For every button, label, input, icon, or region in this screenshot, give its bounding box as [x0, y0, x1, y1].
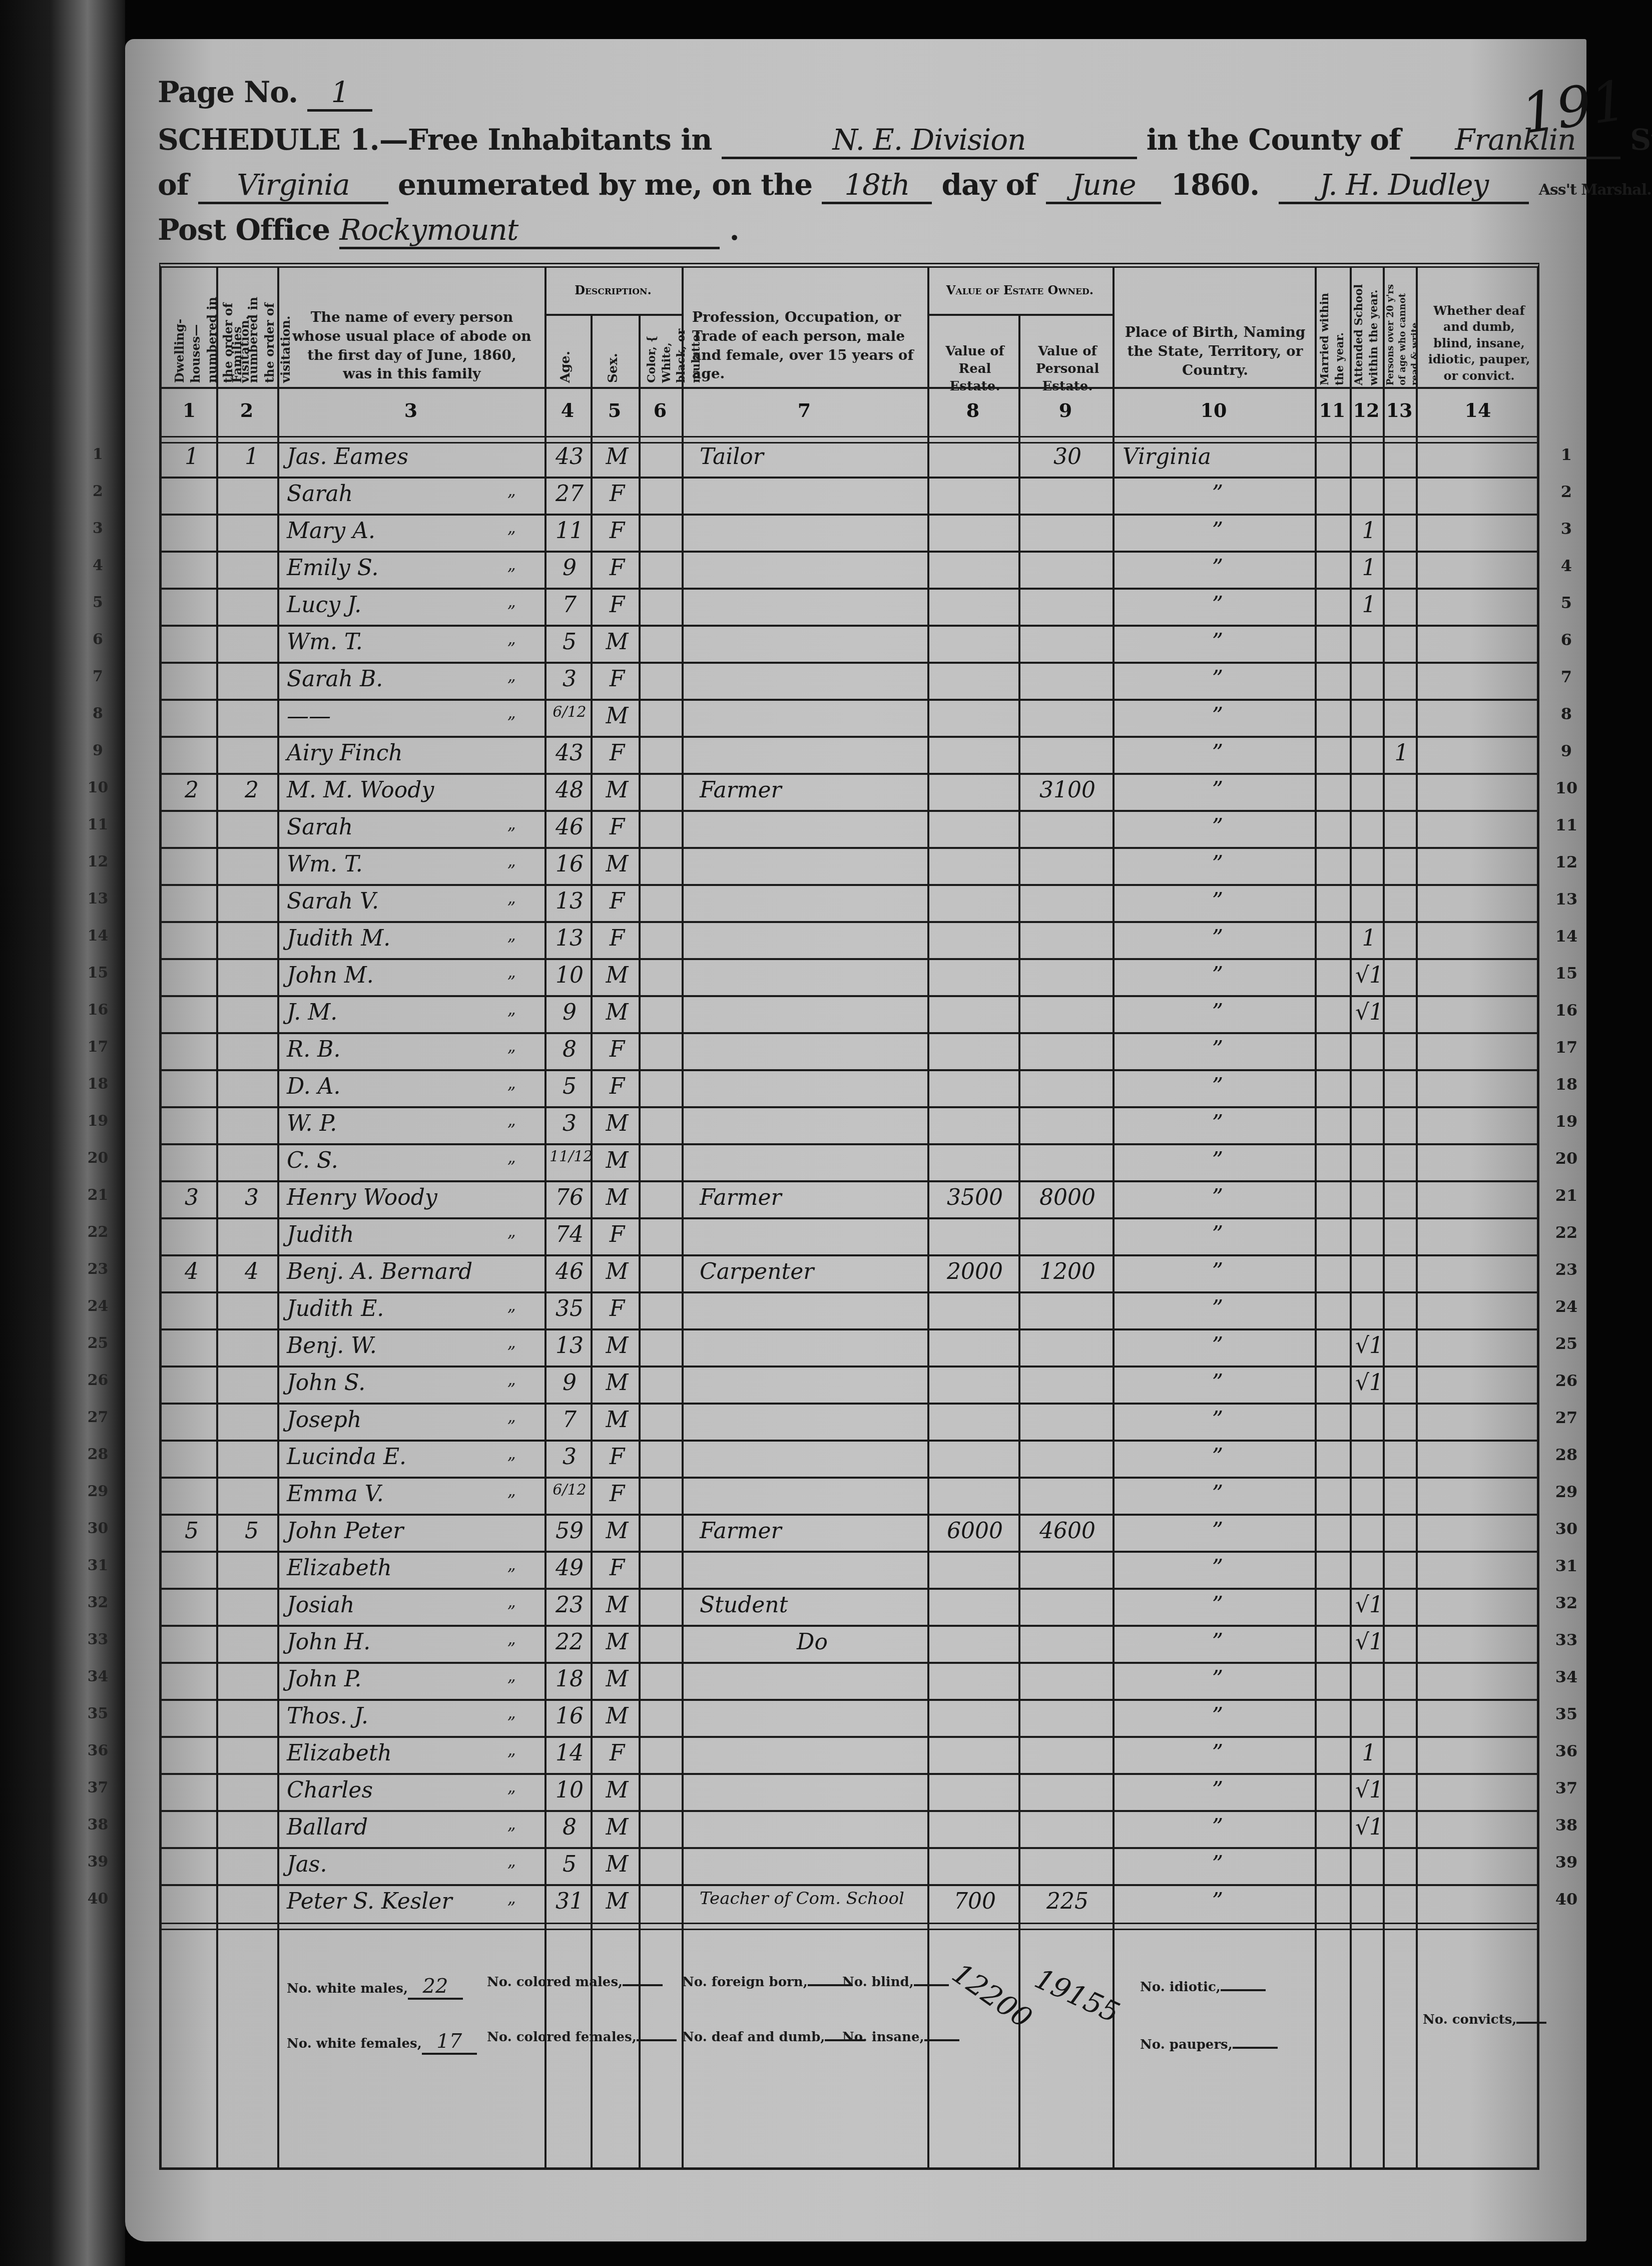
post-office-field: Rockymount — [339, 213, 720, 249]
cannot-read-write — [1388, 1296, 1415, 1327]
attended-school — [1355, 777, 1383, 808]
real-estate-value: 3500 — [935, 1185, 1015, 1216]
table-row: D. A.5F”” — [162, 1071, 1537, 1108]
adjacent-line-number: 39 — [74, 1853, 122, 1871]
age: 11 — [549, 518, 590, 549]
cannot-read-write — [1388, 1518, 1415, 1549]
birthplace: ” — [1123, 1111, 1313, 1142]
birthplace: ” — [1123, 1148, 1313, 1179]
attended-school: √1 — [1355, 1333, 1383, 1364]
personal-estate-value — [1025, 592, 1110, 623]
cannot-read-write — [1388, 1666, 1415, 1697]
header-dwelling: Dwelling-houses—numbered in the order of… — [172, 283, 212, 383]
dwelling-number — [172, 740, 212, 771]
dwelling-number — [172, 703, 212, 734]
table-row: Jas.5M”” — [162, 1849, 1537, 1886]
adjacent-line-number: 3 — [74, 520, 122, 537]
table-row: ——6/12M”” — [162, 700, 1537, 737]
age: 3 — [549, 1444, 590, 1475]
age: 31 — [549, 1889, 590, 1920]
real-estate-value — [935, 666, 1015, 697]
birthplace: ” — [1123, 1852, 1313, 1883]
age: 9 — [549, 1000, 590, 1031]
line-number: 16 — [1549, 1001, 1584, 1020]
family-number: 2 — [232, 777, 272, 808]
cannot-read-write: 1 — [1388, 740, 1415, 771]
cannot-read-write — [1388, 444, 1415, 475]
family-number — [232, 963, 272, 994]
line-number: 38 — [1549, 1816, 1584, 1835]
dwelling-number — [172, 814, 212, 845]
line-number: 10 — [1549, 778, 1584, 797]
real-estate-value — [935, 851, 1015, 882]
dwelling-number — [172, 481, 212, 512]
cannot-read-write — [1388, 1889, 1415, 1920]
personal-estate-value — [1025, 963, 1110, 994]
surname-ditto-mark: ” — [507, 1232, 515, 1252]
person-name: John H. — [287, 1629, 542, 1660]
occupation — [700, 888, 925, 920]
line-number: 27 — [1549, 1408, 1584, 1427]
sex: M — [597, 1703, 637, 1734]
birthplace: ” — [1123, 629, 1313, 660]
occupation — [700, 1444, 925, 1475]
dwelling-number — [172, 1444, 212, 1475]
adjacent-line-number: 37 — [74, 1779, 122, 1796]
sex: F — [597, 1555, 637, 1586]
occupation — [700, 1555, 925, 1586]
cannot-read-write — [1388, 703, 1415, 734]
real-estate-value — [935, 1222, 1015, 1253]
birthplace: ” — [1123, 851, 1313, 882]
line-number: 7 — [1549, 667, 1584, 686]
surname-ditto-mark: ” — [507, 1121, 515, 1141]
attended-school — [1355, 1666, 1383, 1697]
cannot-read-write — [1388, 1555, 1415, 1586]
surname-ditto-mark: ” — [507, 1047, 515, 1067]
real-estate-value — [935, 1111, 1015, 1142]
real-estate-value — [935, 1666, 1015, 1697]
family-number — [232, 1889, 272, 1920]
occupation — [700, 518, 925, 549]
adjacent-line-number: 35 — [74, 1705, 122, 1722]
cannot-read-write — [1388, 481, 1415, 512]
personal-estate-value: 30 — [1025, 444, 1110, 475]
personal-estate-value — [1025, 1296, 1110, 1327]
birthplace: ” — [1123, 740, 1313, 771]
birthplace: ” — [1123, 963, 1313, 994]
age: 59 — [549, 1518, 590, 1549]
dwelling-number — [172, 1740, 212, 1771]
line-number: 9 — [1549, 741, 1584, 760]
birthplace: Virginia — [1123, 444, 1313, 475]
table-row: Ballard8M”√1” — [162, 1811, 1537, 1849]
birthplace: ” — [1123, 1481, 1313, 1512]
dwelling-number — [172, 1037, 212, 1068]
person-name: W. P. — [287, 1111, 542, 1142]
header-disabilities: Whether deaf and dumb, blind, insane, id… — [1423, 303, 1535, 384]
personal-estate-value — [1025, 555, 1110, 586]
age: 22 — [549, 1629, 590, 1660]
birthplace: ” — [1123, 1296, 1313, 1327]
adjacent-line-number: 16 — [74, 1001, 122, 1019]
attended-school — [1355, 666, 1383, 697]
birthplace: ” — [1123, 518, 1313, 549]
sex: M — [597, 1259, 637, 1290]
age: 7 — [549, 592, 590, 623]
birthplace: ” — [1123, 1815, 1313, 1846]
person-name: Elizabeth — [287, 1555, 542, 1586]
person-name: Emma V. — [287, 1481, 542, 1512]
surname-ditto-mark: ” — [507, 639, 515, 659]
cannot-read-write — [1388, 1407, 1415, 1438]
enumerated-label: enumerated by me, on the — [398, 168, 812, 202]
family-number — [232, 1296, 272, 1327]
sex: F — [597, 518, 637, 549]
cannot-read-write — [1388, 666, 1415, 697]
person-name: John Peter — [287, 1518, 542, 1549]
real-estate-value — [935, 1370, 1015, 1401]
cannot-read-write — [1388, 926, 1415, 957]
line-number: 2 — [1549, 482, 1584, 501]
line-number: 3 — [1549, 519, 1584, 538]
real-estate-total: 12200 — [946, 1957, 1037, 2035]
person-name: Mary A. — [287, 518, 542, 549]
table-row: John M.10M”√1” — [162, 960, 1537, 997]
person-name: Henry Woody — [287, 1185, 542, 1216]
line-number: 26 — [1549, 1371, 1584, 1390]
person-name: John P. — [287, 1666, 542, 1697]
cannot-read-write — [1388, 814, 1415, 845]
table-row: Airy Finch43F”1 — [162, 737, 1537, 774]
line-number: 40 — [1549, 1890, 1584, 1909]
table-row: John H.22MDo”√1” — [162, 1626, 1537, 1663]
sex: M — [597, 1815, 637, 1846]
cannot-read-write — [1388, 1852, 1415, 1883]
person-name: Benj. A. Bernard — [287, 1259, 542, 1290]
adjacent-line-number: 28 — [74, 1446, 122, 1463]
attended-school — [1355, 444, 1383, 475]
adjacent-line-number: 27 — [74, 1409, 122, 1426]
column-number-1: 1 — [169, 399, 209, 421]
sex: F — [597, 740, 637, 771]
table-row: Sarah46F”” — [162, 811, 1537, 848]
birthplace: ” — [1123, 1222, 1313, 1253]
person-name: Peter S. Kesler — [287, 1889, 542, 1920]
cannot-read-write — [1388, 1370, 1415, 1401]
cannot-read-write — [1388, 629, 1415, 660]
real-estate-value — [935, 703, 1015, 734]
real-estate-value — [935, 481, 1015, 512]
real-estate-value — [935, 1148, 1015, 1179]
personal-estate-value — [1025, 851, 1110, 882]
adjacent-line-number: 6 — [74, 631, 122, 648]
birthplace: ” — [1123, 1703, 1313, 1734]
dwelling-number — [172, 1370, 212, 1401]
attended-school — [1355, 1148, 1383, 1179]
real-estate-value — [935, 1740, 1015, 1771]
attended-school — [1355, 1407, 1383, 1438]
dwelling-number — [172, 926, 212, 957]
dwelling-number — [172, 1555, 212, 1586]
family-number — [232, 740, 272, 771]
occupation — [700, 1037, 925, 1068]
birthplace: ” — [1123, 888, 1313, 920]
month-field: June — [1046, 168, 1161, 204]
sex: F — [597, 1740, 637, 1771]
line-number: 14 — [1549, 927, 1584, 946]
occupation — [700, 1740, 925, 1771]
colored-males-total: No. colored males, — [487, 1975, 663, 1990]
real-estate-value — [935, 629, 1015, 660]
occupation — [700, 555, 925, 586]
line-number: 32 — [1549, 1593, 1584, 1612]
person-name: J. M. — [287, 1000, 542, 1031]
description-group-header: Description. — [544, 283, 682, 297]
family-number — [232, 1852, 272, 1883]
birthplace: ” — [1123, 777, 1313, 808]
table-row: J. M.9M”√1” — [162, 997, 1537, 1034]
table-row: Lucy J.7F”1” — [162, 589, 1537, 626]
sex: M — [597, 1629, 637, 1660]
adjacent-line-number: 17 — [74, 1038, 122, 1056]
attended-school — [1355, 1222, 1383, 1253]
sex: F — [597, 1074, 637, 1105]
age: 10 — [549, 1777, 590, 1808]
age: 5 — [549, 1074, 590, 1105]
cannot-read-write — [1388, 592, 1415, 623]
person-name: Lucinda E. — [287, 1444, 542, 1475]
adjacent-line-number: 10 — [74, 779, 122, 796]
personal-estate-value — [1025, 1481, 1110, 1512]
cannot-read-write — [1388, 963, 1415, 994]
person-name: R. B. — [287, 1037, 542, 1068]
sex: M — [597, 1666, 637, 1697]
line-number: 29 — [1549, 1482, 1584, 1501]
sex: M — [597, 629, 637, 660]
occupation — [700, 1222, 925, 1253]
table-row: 55John Peter59MFarmer60004600” — [162, 1515, 1537, 1552]
attended-school: 1 — [1355, 555, 1383, 586]
personal-estate-value — [1025, 1370, 1110, 1401]
surname-ditto-mark: ” — [507, 1158, 515, 1178]
dwelling-number — [172, 1592, 212, 1623]
age: 35 — [549, 1296, 590, 1327]
line-number: 12 — [1549, 852, 1584, 871]
age: 5 — [549, 1852, 590, 1883]
personal-estate-value — [1025, 1592, 1110, 1623]
real-estate-value — [935, 888, 1015, 920]
real-estate-value — [935, 1037, 1015, 1068]
person-name: John M. — [287, 963, 542, 994]
age: 13 — [549, 926, 590, 957]
dwelling-number — [172, 1148, 212, 1179]
attended-school — [1355, 703, 1383, 734]
birthplace: ” — [1123, 1370, 1313, 1401]
surname-ditto-mark: ” — [507, 898, 515, 919]
real-estate-value — [935, 1296, 1015, 1327]
table-row: 11Jas. Eames43MTailor30Virginia — [162, 441, 1537, 478]
adjacent-line-number: 18 — [74, 1075, 122, 1093]
census-table: Description. Value of Estate Owned. Dwel… — [159, 263, 1539, 2170]
personal-estate-total: 19155 — [1030, 1962, 1125, 2029]
age: 13 — [549, 888, 590, 920]
age: 11/12 — [549, 1148, 590, 1179]
day-field: 18th — [822, 168, 932, 204]
occupation: Carpenter — [700, 1259, 925, 1290]
personal-estate-value: 1200 — [1025, 1259, 1110, 1290]
adjacent-line-number: 23 — [74, 1260, 122, 1278]
person-name: Sarah V. — [287, 888, 542, 920]
table-row: Judith74F”” — [162, 1219, 1537, 1256]
adjacent-line-number: 15 — [74, 964, 122, 982]
line-number: 36 — [1549, 1741, 1584, 1760]
attended-school — [1355, 1444, 1383, 1475]
cannot-read-write — [1388, 851, 1415, 882]
estate-group-header: Value of Estate Owned. — [927, 283, 1113, 297]
dwelling-number: 4 — [172, 1259, 212, 1290]
birthplace: ” — [1123, 1555, 1313, 1586]
sex: M — [597, 963, 637, 994]
surname-ditto-mark: ” — [507, 1454, 515, 1474]
age: 43 — [549, 740, 590, 771]
personal-estate-value: 3100 — [1025, 777, 1110, 808]
adjacent-line-number: 9 — [74, 742, 122, 759]
blind-total: No. blind, — [842, 1975, 949, 1990]
birthplace: ” — [1123, 926, 1313, 957]
adjacent-page-line-numbers: 1234567891011121314151617181920212223242… — [74, 430, 122, 2132]
family-number — [232, 1037, 272, 1068]
column-number-3: 3 — [391, 399, 431, 421]
real-estate-value — [935, 1852, 1015, 1883]
family-number — [232, 1592, 272, 1623]
surname-ditto-mark: ” — [507, 1750, 515, 1770]
surname-ditto-mark: ” — [507, 713, 515, 733]
colored-females-total: No. colored females, — [487, 2030, 677, 2045]
family-number — [232, 629, 272, 660]
surname-ditto-mark: ” — [507, 602, 515, 622]
birthplace: ” — [1123, 481, 1313, 512]
personal-estate-value: 4600 — [1025, 1518, 1110, 1549]
dwelling-number — [172, 555, 212, 586]
cannot-read-write — [1388, 1333, 1415, 1364]
dwelling-number — [172, 666, 212, 697]
surname-ditto-mark: ” — [507, 1602, 515, 1622]
person-name: Judith M. — [287, 926, 542, 957]
family-number: 3 — [232, 1185, 272, 1216]
surname-ditto-mark: ” — [507, 1862, 515, 1882]
page-number-label: Page No. — [158, 75, 298, 109]
person-name: Emily S. — [287, 555, 542, 586]
surname-ditto-mark: ” — [507, 1380, 515, 1400]
person-name: M. M. Woody — [287, 777, 542, 808]
line-number: 13 — [1549, 889, 1584, 909]
adjacent-line-number: 14 — [74, 927, 122, 945]
real-estate-value — [935, 926, 1015, 957]
cannot-read-write — [1388, 1740, 1415, 1771]
column-number-6: 6 — [640, 399, 680, 421]
person-name: —— — [287, 703, 542, 734]
surname-ditto-mark: ” — [507, 1084, 515, 1104]
family-number — [232, 926, 272, 957]
table-row: 33Henry Woody76MFarmer35008000” — [162, 1182, 1537, 1219]
personal-estate-value — [1025, 1222, 1110, 1253]
cannot-read-write — [1388, 518, 1415, 549]
dwelling-number — [172, 1815, 212, 1846]
line-number: 17 — [1549, 1038, 1584, 1057]
dwelling-number — [172, 1777, 212, 1808]
table-row: Mary A.11F”1” — [162, 515, 1537, 552]
dwelling-number — [172, 1000, 212, 1031]
family-number — [232, 1444, 272, 1475]
birthplace: ” — [1123, 814, 1313, 845]
line-number: 33 — [1549, 1630, 1584, 1649]
personal-estate-value — [1025, 1703, 1110, 1734]
line-number: 28 — [1549, 1445, 1584, 1464]
sex: M — [597, 1370, 637, 1401]
attended-school — [1355, 1074, 1383, 1105]
family-number — [232, 851, 272, 882]
line-number: 25 — [1549, 1334, 1584, 1353]
table-row: Elizabeth14F”1” — [162, 1737, 1537, 1774]
surname-ditto-mark: ” — [507, 676, 515, 696]
real-estate-value — [935, 1444, 1015, 1475]
attended-school: √1 — [1355, 1629, 1383, 1660]
surname-ditto-mark: ” — [507, 1343, 515, 1363]
header-family: Families numbered in the order of visita… — [229, 283, 269, 383]
cannot-read-write — [1388, 555, 1415, 586]
dwelling-number — [172, 518, 212, 549]
attended-school — [1355, 851, 1383, 882]
dwelling-number — [172, 1333, 212, 1364]
county-field: Franklin — [1410, 123, 1620, 159]
real-estate-value — [935, 1777, 1015, 1808]
table-row: Benj. W.13M”√1” — [162, 1330, 1537, 1367]
personal-estate-value — [1025, 1815, 1110, 1846]
attended-school: √1 — [1355, 1777, 1383, 1808]
real-estate-value — [935, 814, 1015, 845]
occupation — [700, 1852, 925, 1883]
occupation — [700, 1000, 925, 1031]
family-number — [232, 592, 272, 623]
header-illiterate: Persons over 20 y'rs of age who cannot r… — [1385, 280, 1415, 385]
sex: M — [597, 1111, 637, 1142]
birthplace: ” — [1123, 555, 1313, 586]
occupation — [700, 1148, 925, 1179]
occupation — [700, 1703, 925, 1734]
white-males-total: No. white males,22 — [287, 1975, 463, 2000]
attended-school — [1355, 629, 1383, 660]
column-number-5: 5 — [595, 399, 635, 421]
sex: M — [597, 703, 637, 734]
line-number: 11 — [1549, 815, 1584, 834]
real-estate-value — [935, 555, 1015, 586]
person-name: Airy Finch — [287, 740, 542, 771]
cannot-read-write — [1388, 1222, 1415, 1253]
personal-estate-value — [1025, 1037, 1110, 1068]
person-name: Judith E. — [287, 1296, 542, 1327]
sex: F — [597, 1481, 637, 1512]
birthplace: ” — [1123, 666, 1313, 697]
age: 16 — [549, 1703, 590, 1734]
family-number — [232, 1222, 272, 1253]
family-number: 1 — [232, 444, 272, 475]
cannot-read-write — [1388, 1148, 1415, 1179]
dwelling-number — [172, 629, 212, 660]
dwelling-number — [172, 1852, 212, 1883]
adjacent-line-number: 19 — [74, 1112, 122, 1130]
surname-ditto-mark: ” — [507, 1010, 515, 1030]
